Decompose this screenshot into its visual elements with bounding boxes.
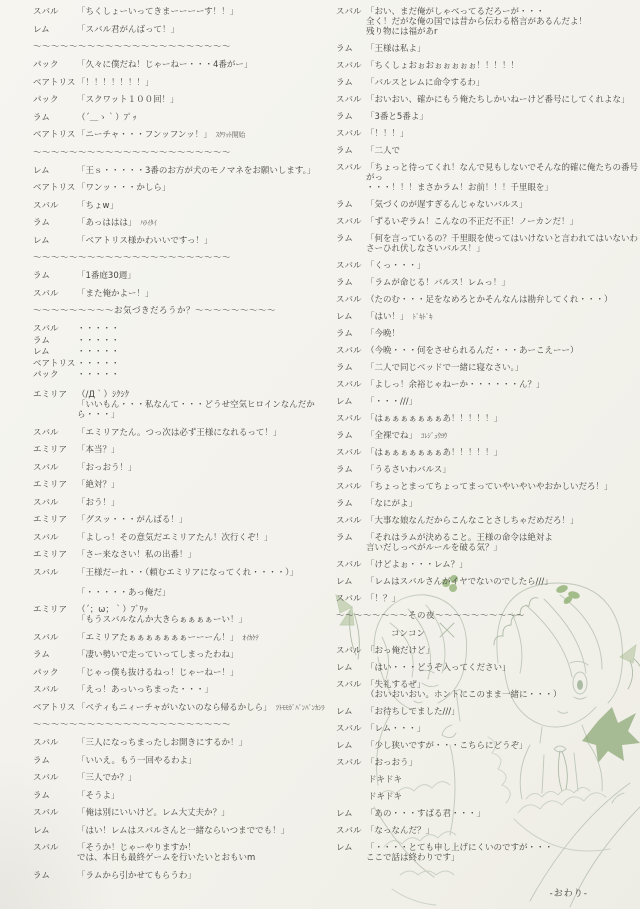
dialogue-text: 「レム・・・」 xyxy=(366,724,638,734)
dialogue-entry: ラム（´＿ゝ｀）ﾌﾟｯ xyxy=(33,113,333,123)
dialogue-entry: エミリア「絶対？」 xyxy=(33,480,333,490)
dialogue-text: 「ラムが命じる！バルス！レムっ！」 xyxy=(366,278,638,288)
speaker-name: スバル xyxy=(336,758,366,768)
dialogue-text: 「そうよ」 xyxy=(77,791,333,801)
dialogue-text: 「スクワット１００回！」 xyxy=(77,95,333,105)
separator-line: ～～～～～～～～その夜～～～～～～～～～～ xyxy=(336,611,638,621)
dialogue-entry: スバル「はぁぁぁぁぁぁぁあ！！！！！」 xyxy=(336,414,638,424)
dialogue-text: 「ちょっと待ってくれ！なんで見もしないでそんな的確に俺たちの番号がっ ・・・！！… xyxy=(366,163,638,193)
speaker-name: ラム xyxy=(336,278,366,288)
dialogue-text: （/Д｀）ｼｸｼｸ 「いいもん・・・私なんて・・・どうせ空気ヒロインなんだから・… xyxy=(77,390,333,420)
sound-effect: コンコン xyxy=(336,629,638,639)
dialogue-entry: ラム「二人で同じベッドで一緒に寝なさい。」 xyxy=(336,363,638,373)
dialogue-entry: スバル「よしっ！余裕じゃねーか・・・・・・ん？」 xyxy=(336,380,638,390)
dialogue-entry: パック「スクワット１００回！」 xyxy=(33,95,333,105)
separator-line: ～～～～～～～～～お気づきだろうか？～～～～～～～～～ xyxy=(33,306,333,316)
dialogue-entry: ラム「なにがよ」 xyxy=(336,499,638,509)
dialogue-text: 「俺は別にいいけど。レム大丈夫か？」 xyxy=(77,808,333,818)
dialogue-entry: レム「スバル君がんばって！」 xyxy=(33,25,333,35)
speaker-name: スバル xyxy=(336,95,366,105)
stage-note: ﾌﾄﾓﾓｶﾞﾊﾟﾝﾊﾟﾝｶｼﾗ xyxy=(272,704,325,712)
speaker-name: ラム xyxy=(33,871,77,881)
speaker-name: ラム xyxy=(33,791,77,801)
speaker-name: レム xyxy=(33,236,77,246)
dialogue-entry: スバル「俺は別にいいけど。レム大丈夫か？」 xyxy=(33,808,333,818)
dialogue-entry: スバル「レム・・・」 xyxy=(336,724,638,734)
dialogue-entry: スバル「おいおい、確かにもう俺たちしかいねーけど番号にしてくれよな」 xyxy=(336,95,638,105)
dialogue-text: 「おっ俺だけど」 xyxy=(366,646,638,656)
speaker-name: レム xyxy=(33,25,77,35)
speaker-name: スバル xyxy=(33,685,77,695)
dialogue-entry: スバル「！？」 xyxy=(336,594,638,604)
speaker-name: スバル xyxy=(33,633,77,643)
dialogue-entry: レム・・・・・ xyxy=(33,347,333,357)
speaker-name: スバル xyxy=(33,808,77,818)
dialogue-entry: スバル「エミリアたぁぁぁぁぁぁぁーーーん！」ｵｲｶｹﾃ xyxy=(33,633,333,643)
speaker-name: レム xyxy=(336,663,366,673)
speaker-name: ベアトリス xyxy=(33,359,77,369)
dialogue-text: （´；ω；｀）ﾌﾞﾜｯ 「もうスバルなんか大きらぁぁぁぁーい！」 xyxy=(77,605,333,625)
speaker-name: レム xyxy=(336,809,366,819)
dialogue-text: 「王ｓ・・・・・3番のお方が犬のモノマネをお願いします。」 xyxy=(77,166,333,176)
sfx-text: ドキドキ xyxy=(368,775,402,785)
dialogue-entry: ラム「バルスとレムに命令するわ」 xyxy=(336,78,638,88)
speaker-name: スバル xyxy=(33,463,77,473)
dialogue-text: （´＿ゝ｀）ﾌﾟｯ xyxy=(77,113,333,123)
dialogue-text: 「あっははは」ﾊﾗｲﾀｲ xyxy=(77,218,333,228)
speaker-name: スバル xyxy=(33,738,77,748)
dialogue-text: 「また俺かよー！」 xyxy=(77,289,333,299)
dialogue-entry: ラム「それはラムが決めること。王様の命令は絶対よ 言いだしっぺがルールを破る気？… xyxy=(336,533,638,553)
speaker-name: レム xyxy=(336,707,366,717)
speaker-name: ラム xyxy=(336,465,366,475)
speaker-name: ラム xyxy=(336,499,366,509)
stage-note: ｵｲｶｹﾃ xyxy=(239,634,259,642)
speaker-name: スバル xyxy=(336,594,366,604)
dialogue-text: 「！！！」 xyxy=(366,129,638,139)
dialogue-entry: スバル「そうか！じゃーやりますか！ では、本日も最終ゲームを行いたいとおもいm xyxy=(33,843,333,863)
dialogue-text: ・・・・・ xyxy=(77,359,333,369)
speaker-name: エミリア xyxy=(33,515,77,525)
speaker-name: スバル xyxy=(336,129,366,139)
dialogue-text: 「はい！レムはスバルさんと一緒ならいつまででも！」 xyxy=(77,826,333,836)
dialogue-text: 「なっなんだ？」 xyxy=(366,826,638,836)
speaker-name: エミリア xyxy=(33,390,77,420)
dialogue-text: 「おいおい、確かにもう俺たちしかいねーけど番号にしてくれよな」 xyxy=(366,95,638,105)
dialogue-text: 「おう！」 xyxy=(77,498,333,508)
speaker-name: ラム xyxy=(336,44,366,54)
dialogue-text: 「よしっ！その意気だエミリアたん！次行くぞ！」 xyxy=(77,533,333,543)
dialogue-text: 「少し狭いですが・・・こちらにどうぞ」 xyxy=(366,741,638,751)
sound-effect: ドキドキ xyxy=(336,792,638,802)
dialogue-entry: スバル「おっおう！」 xyxy=(33,463,333,473)
speaker-name: ラム xyxy=(33,650,77,660)
dialogue-text: 「そうか！じゃーやりますか！ では、本日も最終ゲームを行いたいとおもいm xyxy=(77,843,333,863)
dialogue-entry: スバル「よしっ！その意気だエミリアたん！次行くぞ！」 xyxy=(33,533,333,543)
dialogue-entry: スバル「けどよぉ・・・レム？」 xyxy=(336,560,638,570)
dialogue-text: 「・・・・・あっ俺だ」 xyxy=(77,588,333,598)
dialogue-entry: レム「レムはスバルさんがイヤでないのでしたら///」 xyxy=(336,577,638,587)
dialogue-text: 「気づくのが遅すぎるんじゃないバルス」 xyxy=(366,200,638,210)
dialogue-entry: レム「はい！」ﾄﾞｷﾄﾞｷ xyxy=(336,312,638,322)
speaker-name: スバル xyxy=(33,843,77,863)
dialogue-text: ・・・・・ xyxy=(77,336,333,346)
dialogue-entry: ラム「いいえ。もう一回やるわよ」 xyxy=(33,756,333,766)
dialogue-entry: スバル「大事な娘なんだからこんなことさしちゃだめだろ！」 xyxy=(336,516,638,526)
dialogue-text: 「それはラムが決めること。王様の命令は絶対よ 言いだしっぺがルールを破る気？」 xyxy=(366,533,638,553)
dialogue-text: 「三人になっちまったしお開きにするか！」 xyxy=(77,738,333,748)
dialogue-entry: スバル「おう！」 xyxy=(33,498,333,508)
dialogue-entry: レム「はい！レムはスバルさんと一緒ならいつまででも！」 xyxy=(33,826,333,836)
speaker-name: スバル xyxy=(336,217,366,227)
speaker-name: ラム xyxy=(33,756,77,766)
dialogue-text: 「ずるいぞラム！こんなの不正だ不正！ノーカンだ！」 xyxy=(366,217,638,227)
speaker-name: スバル xyxy=(336,448,366,458)
dialogue-entry: スバル「失礼するぜ」 （おいおいおい。ホントにこのまま一緒に・・・） xyxy=(336,680,638,700)
dialogue-entry: ラム「今晩！ xyxy=(336,329,638,339)
dialogue-entry: スバル「三人になっちまったしお開きにするか！」 xyxy=(33,738,333,748)
dialogue-text: （たのむ・・・足をなめろとかそんなんは勘弁してくれ・・・） xyxy=(366,295,638,305)
dialogue-entry: ラム「何を言っているの？千里眼を使ってはいけないと言われてはいないわ さーひれ伏… xyxy=(336,234,638,254)
dialogue-text: 「バルスとレムに命令するわ」 xyxy=(366,78,638,88)
speaker-name: スバル xyxy=(336,295,366,305)
dialogue-text: 「大事な娘なんだからこんなことさしちゃだめだろ！」 xyxy=(366,516,638,526)
speaker-name: ベアトリス xyxy=(33,183,77,193)
dialogue-text: 「おっおう」 xyxy=(366,758,638,768)
dialogue-text: （今晩・・・何をさせられるんだ・・・あーこえーー） xyxy=(366,346,638,356)
dialogue-entry: レム「王ｓ・・・・・3番のお方が犬のモノマネをお願いします。」 xyxy=(33,166,333,176)
dialogue-text: 「3番と5番よ」 xyxy=(366,112,638,122)
dialogue-entry: スバル（今晩・・・何をさせられるんだ・・・あーこえーー） xyxy=(336,346,638,356)
speaker-name: ラム xyxy=(336,78,366,88)
dialogue-entry: ラム「王様は私よ」 xyxy=(336,44,638,54)
dialogue-entry: ラム「1番庭30週」 xyxy=(33,271,333,281)
dialogue-text: 「何を言っているの？千里眼を使ってはいけないと言われてはいないわ さーひれ伏しな… xyxy=(366,234,638,254)
dialogue-entry: ラム「全裸でね」ｺﾚｼﾞｭｳﾖｳ xyxy=(336,431,638,441)
dialogue-text: 「はい！」ﾄﾞｷﾄﾞｷ xyxy=(366,312,638,322)
sfx-text: コンコン xyxy=(391,629,425,639)
speaker-name xyxy=(33,588,77,598)
dialogue-entry: スバル・・・・・ xyxy=(33,324,333,334)
dialogue-entry: スバル「ちくしょーいってきまーーーーす！！」 xyxy=(33,7,333,17)
speaker-name: スバル xyxy=(336,380,366,390)
dialogue-text: 「おっおう！」 xyxy=(77,463,333,473)
dialogue-entry: 「・・・・・あっ俺だ」 xyxy=(33,588,333,598)
stage-note: ﾄﾞｷﾄﾞｷ xyxy=(409,313,433,321)
dialogue-entry: レム「・・・・とても申し上げにくいのですが・・・ ここで話は終わりです」 xyxy=(336,843,638,863)
dialogue-text: 「けどよぉ・・・レム？」 xyxy=(366,560,638,570)
dialogue-entry: ラム「あっははは」ﾊﾗｲﾀｲ xyxy=(33,218,333,228)
speaker-name: ベアトリス xyxy=(33,130,77,140)
speaker-name: レム xyxy=(336,843,366,863)
speaker-name: レム xyxy=(33,826,77,836)
speaker-name: スバル xyxy=(33,568,77,578)
dialogue-entry: パック「じゃっ僕も抜けるねっ！じゃーねー！」 xyxy=(33,668,333,678)
dialogue-entry: スバル「ちょっと待ってくれ！なんで見もしないでそんな的確に俺たちの番号がっ ・・… xyxy=(336,163,638,193)
speaker-name: エミリア xyxy=(33,480,77,490)
speaker-name: ラム xyxy=(336,329,366,339)
dialogue-entry: パック「久々に僕だね！じゃーねー・・・4番がー」 xyxy=(33,60,333,70)
dialogue-text: ・・・・・ xyxy=(77,324,333,334)
dialogue-text: 「ちょw」 xyxy=(77,201,333,211)
speaker-name: スバル xyxy=(33,324,77,334)
speaker-name: ベアトリス xyxy=(33,78,77,88)
speaker-name: スバル xyxy=(336,163,366,193)
dialogue-entry: スバル「おい、まだ俺がしゃべってるだろーが・・・ 全く！だがな俺の国では昔から伝… xyxy=(336,7,638,37)
speaker-name: スバル xyxy=(336,826,366,836)
script-page: スバル「ちくしょーいってきまーーーーす！！」レム「スバル君がんばって！」～～～～… xyxy=(0,0,640,909)
dialogue-entry: スバル「なっなんだ？」 xyxy=(336,826,638,836)
speaker-name: ラム xyxy=(33,336,77,346)
dialogue-entry: スバル「！！！」 xyxy=(336,129,638,139)
speaker-name: エミリア xyxy=(33,445,77,455)
dialogue-entry: ラム・・・・・ xyxy=(33,336,333,346)
speaker-name: パック xyxy=(33,95,77,105)
dialogue-text: 「・・・///」 xyxy=(366,397,638,407)
dialogue-entry: レム「お待ちしてました///」 xyxy=(336,707,638,717)
speaker-name: エミリア xyxy=(33,605,77,625)
dialogue-text: 「はぁぁぁぁぁぁぁあ！！！！！」 xyxy=(366,448,638,458)
dialogue-text: 「ベアトリス様かわいいですっ！」 xyxy=(77,236,333,246)
speaker-name: ラム xyxy=(336,363,366,373)
speaker-name: エミリア xyxy=(33,550,77,560)
speaker-name: スバル xyxy=(336,346,366,356)
dialogue-entry: レム「・・・///」 xyxy=(336,397,638,407)
speaker-name: ラム xyxy=(336,234,366,254)
dialogue-entry: スバル「くっ・・・」 xyxy=(336,261,638,271)
speaker-name: スバル xyxy=(33,533,77,543)
dialogue-entry: スバル「ちょっとまってちょってまっていやいやいやおかしいだろ！」 xyxy=(336,482,638,492)
dialogue-text: 「王様だーれ・・（頼むエミリアになってくれ・・・・）」 xyxy=(77,568,333,578)
dialogue-text: 「！！！！！！！」 xyxy=(77,78,333,88)
dialogue-text: 「二人で xyxy=(366,146,638,156)
dialogue-text: 「いいえ。もう一回やるわよ」 xyxy=(77,756,333,766)
speaker-name: スバル xyxy=(336,516,366,526)
dialogue-text: 「お待ちしてました///」 xyxy=(366,707,638,717)
dialogue-text: 「・・・・とても申し上げにくいのですが・・・ ここで話は終わりです」 xyxy=(366,843,638,863)
dialogue-text: 「ちょっとまってちょってまっていやいやいやおかしいだろ！」 xyxy=(366,482,638,492)
dialogue-entry: ベアトリス「ベティもニィーチャがいないのなら帰るかしら」ﾌﾄﾓﾓｶﾞﾊﾟﾝﾊﾟﾝ… xyxy=(33,703,333,713)
dialogue-entry: エミリア「グスッ・・・がんばる！」 xyxy=(33,515,333,525)
speaker-name: レム xyxy=(336,741,366,751)
separator-line: ～～～～～～～～～～～～～～～～～～～～～～ xyxy=(33,42,333,52)
dialogue-entry: ラム「そうよ」 xyxy=(33,791,333,801)
dialogue-entry: レム「少し狭いですが・・・こちらにどうぞ」 xyxy=(336,741,638,751)
dialogue-entry: スバル「おっおう」 xyxy=(336,758,638,768)
separator-line: ～～～～～～～～～～～～～～～～～～～～～～ xyxy=(33,148,333,158)
dialogue-text: 「王様は私よ」 xyxy=(366,44,638,54)
end-mark: -おわり- xyxy=(550,886,589,899)
speaker-name: レム xyxy=(33,166,77,176)
dialogue-text: 「エミリアたん。つっ次は必ず王様になれるって！」 xyxy=(77,428,333,438)
speaker-name: パック xyxy=(33,668,77,678)
dialogue-entry: ベアトリス「！！！！！！！」 xyxy=(33,78,333,88)
speaker-name: スバル xyxy=(33,428,77,438)
dialogue-text: 「スバル君がんばって！」 xyxy=(77,25,333,35)
speaker-name: レム xyxy=(336,397,366,407)
dialogue-text: 「失礼するぜ」 （おいおいおい。ホントにこのまま一緒に・・・） xyxy=(366,680,638,700)
dialogue-entry: エミリア（/Д｀）ｼｸｼｸ 「いいもん・・・私なんて・・・どうせ空気ヒロインなん… xyxy=(33,390,333,420)
dialogue-entry: スバル「また俺かよー！」 xyxy=(33,289,333,299)
dialogue-text: 「グスッ・・・がんばる！」 xyxy=(77,515,333,525)
dialogue-entry: ベアトリス・・・・・ xyxy=(33,359,333,369)
dialogue-text: 「ベティもニィーチャがいないのなら帰るかしら」ﾌﾄﾓﾓｶﾞﾊﾟﾝﾊﾟﾝｶｼﾗ xyxy=(77,703,333,713)
dialogue-entry: ラム「気づくのが遅すぎるんじゃないバルス」 xyxy=(336,200,638,210)
speaker-name: スバル xyxy=(336,680,366,700)
speaker-name: スバル xyxy=(336,261,366,271)
speaker-name: ラム xyxy=(336,533,366,553)
dialogue-entry: スバル「ちょw」 xyxy=(33,201,333,211)
speaker-name: スバル xyxy=(336,414,366,424)
dialogue-text: ・・・・・ xyxy=(77,347,333,357)
dialogue-text: 「1番庭30週」 xyxy=(77,271,333,281)
stage-note: ﾊﾗｲﾀｲ xyxy=(136,219,156,227)
dialogue-entry: ベアトリス「ワンッ・・・かしら」 xyxy=(33,183,333,193)
speaker-name: パック xyxy=(33,60,77,70)
dialogue-text: ・・・・・ xyxy=(77,370,333,380)
speaker-name: レム xyxy=(336,312,366,322)
speaker-name: スバル xyxy=(336,560,366,570)
speaker-name: ラム xyxy=(336,112,366,122)
dialogue-text: 「うるさいわバルス」 xyxy=(366,465,638,475)
dialogue-entry: エミリア「本当？」 xyxy=(33,445,333,455)
dialogue-text: 「あの・・・すばる君・・・」 xyxy=(366,809,638,819)
dialogue-entry: ラム「うるさいわバルス」 xyxy=(336,465,638,475)
dialogue-text: 「じゃっ僕も抜けるねっ！じゃーねー！」 xyxy=(77,668,333,678)
dialogue-text: 「久々に僕だね！じゃーねー・・・4番がー」 xyxy=(77,60,333,70)
speaker-name: スバル xyxy=(336,61,366,71)
speaker-name: スバル xyxy=(336,7,366,37)
dialogue-text: 「ラムから引かせてもらうわ」 xyxy=(77,871,333,881)
dialogue-entry: スバル「エミリアたん。つっ次は必ず王様になれるって！」 xyxy=(33,428,333,438)
sound-effect: ドキドキ xyxy=(336,775,638,785)
speaker-name: レム xyxy=(336,577,366,587)
dialogue-text: 「ちくしょーいってきまーーーーす！！」 xyxy=(77,7,333,17)
dialogue-text: 「レムはスバルさんがイヤでないのでしたら///」 xyxy=(366,577,638,587)
speaker-name: ラム xyxy=(33,218,77,228)
dialogue-text: 「よしっ！余裕じゃねーか・・・・・・ん？」 xyxy=(366,380,638,390)
dialogue-text: 「さー来なさい！私の出番！」 xyxy=(77,550,333,560)
speaker-name: ラム xyxy=(33,271,77,281)
speaker-name: レム xyxy=(33,347,77,357)
speaker-name: ラム xyxy=(336,431,366,441)
dialogue-text: 「ちくしょおぉおぉぉぉぉぉ！！！！！ xyxy=(366,61,638,71)
dialogue-entry: スバル（たのむ・・・足をなめろとかそんなんは勘弁してくれ・・・） xyxy=(336,295,638,305)
dialogue-entry: スバル「おっ俺だけど」 xyxy=(336,646,638,656)
dialogue-text: 「はぁぁぁぁぁぁぁあ！！！！！」 xyxy=(366,414,638,424)
dialogue-entry: ラム「二人で xyxy=(336,146,638,156)
speaker-name: ラム xyxy=(336,146,366,156)
speaker-name: スバル xyxy=(33,7,77,17)
dialogue-text: 「おい、まだ俺がしゃべってるだろーが・・・ 全く！だがな俺の国では昔から伝わる格… xyxy=(366,7,638,37)
dialogue-entry: スバル「はぁぁぁぁぁぁぁあ！！！！！」 xyxy=(336,448,638,458)
speaker-name: ラム xyxy=(336,200,366,210)
speaker-name: スバル xyxy=(336,482,366,492)
separator-line: ～～～～～～～～～～～～～～～～～～～～～～ xyxy=(33,720,333,730)
dialogue-entry: スバル「王様だーれ・・（頼むエミリアになってくれ・・・・）」 xyxy=(33,568,333,578)
dialogue-text: 「本当？」 xyxy=(77,445,333,455)
dialogue-entry: レム「はい・・・どうぞ入ってください」 xyxy=(336,663,638,673)
right-column: スバル「おい、まだ俺がしゃべってるだろーが・・・ 全く！だがな俺の国では昔から伝… xyxy=(336,7,638,870)
dialogue-text: 「三人でか？」 xyxy=(77,773,333,783)
dialogue-text: 「くっ・・・」 xyxy=(366,261,638,271)
sfx-text: ドキドキ xyxy=(368,792,402,802)
dialogue-entry: ラム「ラムから引かせてもらうわ」 xyxy=(33,871,333,881)
speaker-name: パック xyxy=(33,370,77,380)
stage-note: ｽｸﾜｯﾄ開始 xyxy=(212,131,245,139)
speaker-name: スバル xyxy=(33,289,77,299)
speaker-name: ベアトリス xyxy=(33,703,77,713)
dialogue-text: 「えっ！あっいっちまった・・・」 xyxy=(77,685,333,695)
dialogue-entry: ラム「凄い勢いで走っていってしまったわね」 xyxy=(33,650,333,660)
speaker-name: スバル xyxy=(33,201,77,211)
speaker-name: スバル xyxy=(33,498,77,508)
dialogue-entry: レム「ベアトリス様かわいいですっ！」 xyxy=(33,236,333,246)
dialogue-entry: ベアトリス「ニーチャ・・・フンッフンッ！」ｽｸﾜｯﾄ開始 xyxy=(33,130,333,140)
dialogue-entry: ラム「3番と5番よ」 xyxy=(336,112,638,122)
speaker-name: スバル xyxy=(33,773,77,783)
speaker-name: スバル xyxy=(336,646,366,656)
dialogue-text: 「ワンッ・・・かしら」 xyxy=(77,183,333,193)
dialogue-entry: エミリア（´；ω；｀）ﾌﾞﾜｯ 「もうスバルなんか大きらぁぁぁぁーい！」 xyxy=(33,605,333,625)
dialogue-entry: ラム「ラムが命じる！バルス！レムっ！」 xyxy=(336,278,638,288)
dialogue-text: 「ニーチャ・・・フンッフンッ！」ｽｸﾜｯﾄ開始 xyxy=(77,130,333,140)
dialogue-text: 「絶対？」 xyxy=(77,480,333,490)
dialogue-text: 「エミリアたぁぁぁぁぁぁぁーーーん！」ｵｲｶｹﾃ xyxy=(77,633,333,643)
left-column: スバル「ちくしょーいってきまーーーーす！！」レム「スバル君がんばって！」～～～～… xyxy=(33,7,333,888)
dialogue-entry: スバル「三人でか？」 xyxy=(33,773,333,783)
dialogue-text: 「二人で同じベッドで一緒に寝なさい。」 xyxy=(366,363,638,373)
dialogue-text: 「凄い勢いで走っていってしまったわね」 xyxy=(77,650,333,660)
dialogue-text: 「今晩！ xyxy=(366,329,638,339)
dialogue-text: 「なにがよ」 xyxy=(366,499,638,509)
stage-note: ｺﾚｼﾞｭｳﾖｳ xyxy=(417,432,447,440)
speaker-name: スバル xyxy=(336,724,366,734)
dialogue-entry: スバル「ちくしょおぉおぉぉぉぉぉ！！！！！ xyxy=(336,61,638,71)
dialogue-entry: エミリア「さー来なさい！私の出番！」 xyxy=(33,550,333,560)
separator-line: ～～～～～～～～～～～～～～～～～～～～～～ xyxy=(33,253,333,263)
speaker-name: ラム xyxy=(33,113,77,123)
dialogue-entry: パック・・・・・ xyxy=(33,370,333,380)
dialogue-entry: スバル「ずるいぞラム！こんなの不正だ不正！ノーカンだ！」 xyxy=(336,217,638,227)
dialogue-text: 「！？」 xyxy=(366,594,638,604)
dialogue-entry: レム「あの・・・すばる君・・・」 xyxy=(336,809,638,819)
dialogue-entry: スバル「えっ！あっいっちまった・・・」 xyxy=(33,685,333,695)
dialogue-text: 「はい・・・どうぞ入ってください」 xyxy=(366,663,638,673)
dialogue-text: 「全裸でね」ｺﾚｼﾞｭｳﾖｳ xyxy=(366,431,638,441)
